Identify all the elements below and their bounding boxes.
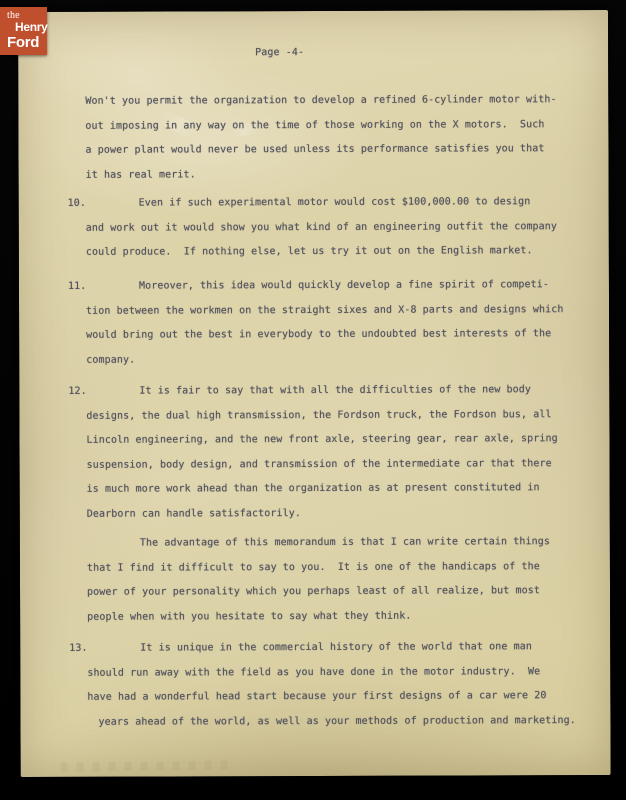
paragraph: 10. Even if such experimental motor woul… bbox=[86, 190, 572, 265]
text-line: that I find it difficult to say to you. … bbox=[87, 555, 573, 581]
text-line: company. bbox=[86, 347, 572, 373]
paragraph-number: 12. bbox=[68, 380, 86, 405]
scanned-page: Page -4- Won't you permit the organizati… bbox=[18, 10, 611, 777]
text-line: it has real merit. bbox=[86, 162, 572, 188]
paragraph: 12. It is fair to say that with all the … bbox=[86, 378, 573, 527]
paper-smudge bbox=[61, 760, 231, 771]
paragraph-number: 11. bbox=[68, 275, 86, 300]
paragraph-number: 10. bbox=[68, 192, 86, 217]
paragraph: 13. It is unique in the commercial histo… bbox=[87, 635, 573, 735]
paragraph: The advantage of this memorandum is that… bbox=[87, 530, 573, 630]
text-line: Moreover, this idea would quickly develo… bbox=[86, 273, 572, 299]
text-line: Even if such experimental motor would co… bbox=[86, 190, 572, 216]
text-line: out imposing in any way on the time of t… bbox=[85, 113, 571, 139]
text-line: suspension, body design, and transmissio… bbox=[87, 452, 573, 478]
text-line: people when with you hesitate to say wha… bbox=[87, 604, 573, 630]
text-line: a power plant would never be used unless… bbox=[85, 137, 571, 163]
scan-viewer-stage: Page -4- Won't you permit the organizati… bbox=[0, 0, 626, 800]
text-line: could produce. If nothing else, let us t… bbox=[86, 239, 572, 265]
text-line: power of your personality which you perh… bbox=[87, 579, 573, 605]
text-line: It is unique in the commercial history o… bbox=[87, 635, 573, 661]
henry-ford-museum-logo: the Henry Ford bbox=[0, 7, 47, 55]
text-line: designs, the dual high transmission, the… bbox=[86, 403, 572, 429]
text-line: Won't you permit the organization to dev… bbox=[85, 88, 571, 114]
text-line: The advantage of this memorandum is that… bbox=[87, 530, 573, 556]
text-line: Dearborn can handle satisfactorily. bbox=[87, 501, 573, 527]
paragraph: 11. Moreover, this idea would quickly de… bbox=[86, 273, 572, 373]
logo-text-henry: Henry bbox=[15, 20, 48, 34]
paragraph-number: 13. bbox=[69, 637, 87, 662]
text-line: Lincoln engineering, and the new front a… bbox=[86, 427, 572, 453]
logo-text-ford: Ford bbox=[7, 34, 39, 51]
text-line: have had a wonderful head start because … bbox=[87, 684, 573, 710]
text-line: should run away with the field as you ha… bbox=[87, 660, 573, 686]
page-number-header: Page -4- bbox=[255, 47, 304, 58]
text-line: is much more work ahead than the organiz… bbox=[87, 476, 573, 502]
text-line: years ahead of the world, as well as you… bbox=[87, 709, 573, 735]
text-line: tion between the workmen on the straight… bbox=[86, 298, 572, 324]
text-line: and work out it would show you what kind… bbox=[86, 215, 572, 241]
text-line: would bring out the best in everybody to… bbox=[86, 322, 572, 348]
text-line: It is fair to say that with all the diff… bbox=[86, 378, 572, 404]
paragraph: Won't you permit the organization to dev… bbox=[85, 88, 571, 188]
